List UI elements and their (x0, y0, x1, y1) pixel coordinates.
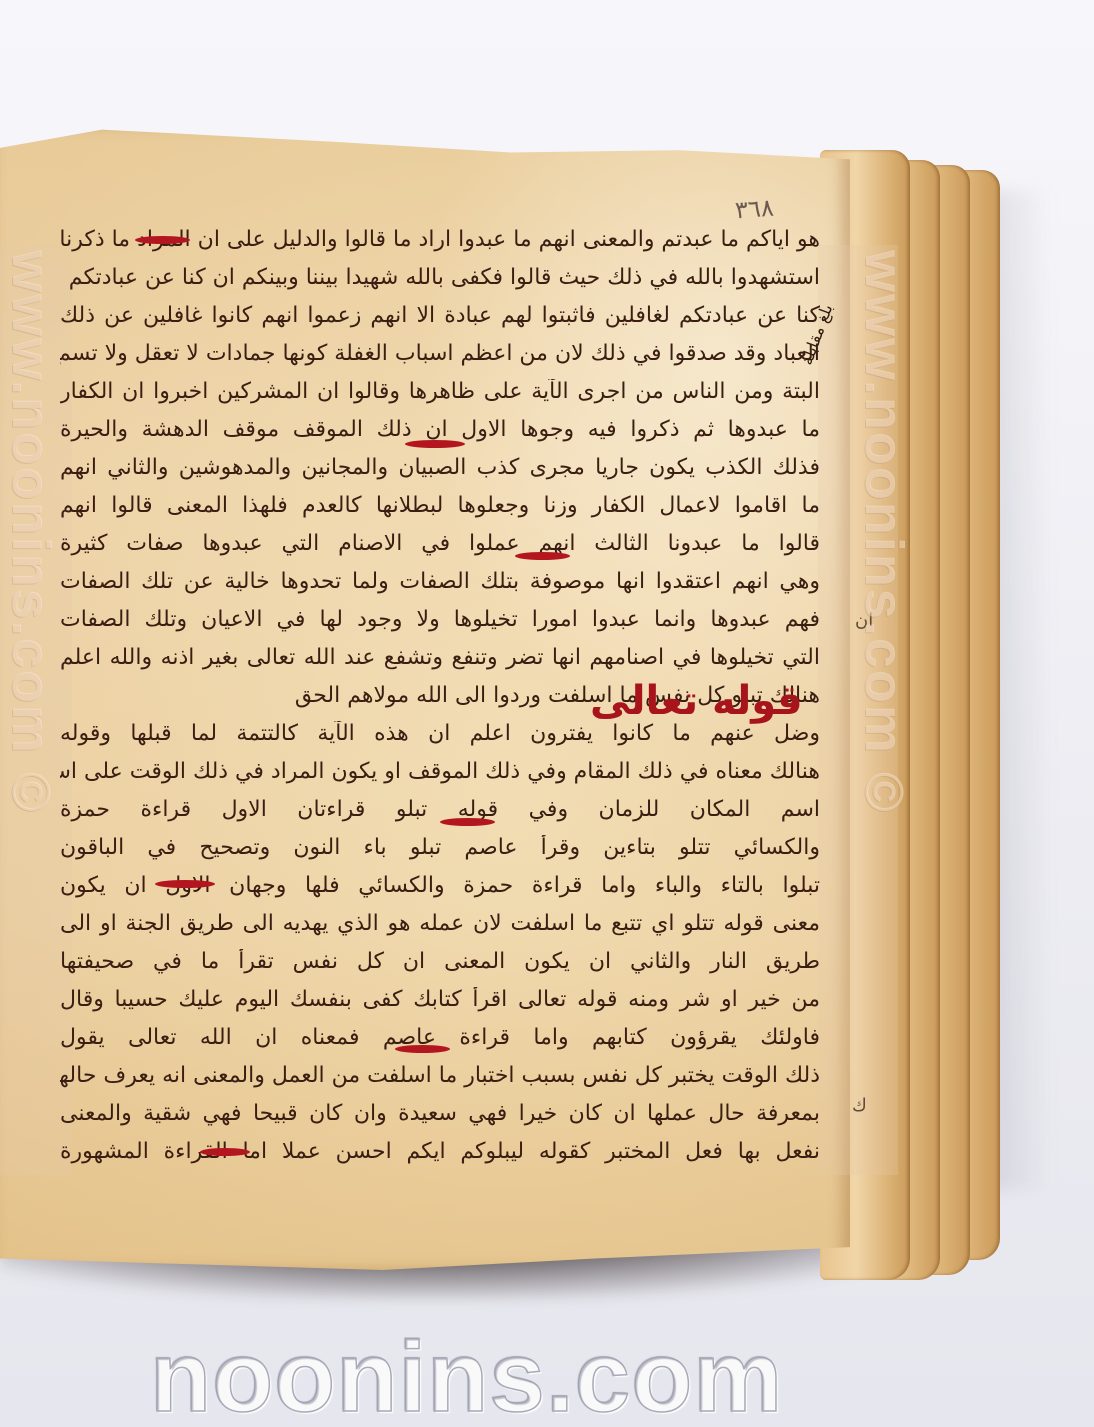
rubric-overline (135, 236, 190, 244)
text-line: البتة ومن الناس من اجرى الآية على ظاهرها… (60, 379, 820, 417)
text-line: فاولئك يقرؤون كتابهم واما قراءة عاصم فمع… (60, 1025, 820, 1063)
text-line: استشهدوا بالله في ذلك حيث قالوا فكفى بال… (60, 265, 820, 303)
text-line: وهي انهم اعتقدوا انها موصوفة بتلك الصفات… (60, 569, 820, 607)
text-line: وضل عنهم ما كانوا يفترون اعلم ان هذه الآ… (60, 721, 820, 759)
watermark-right: www.noonins.com © (853, 250, 915, 814)
text-line: من خير او شر ومنه قوله تعالى اقرأ كتابك … (60, 987, 820, 1025)
watermark-bottom: noonins.com (150, 1320, 783, 1427)
rubric-overline (405, 440, 465, 448)
text-line: ما اقاموا لاعمال الكفار وزنا وجعلوها لبط… (60, 493, 820, 531)
rubric-overline (200, 1148, 250, 1156)
text-line: بمعرفة حال عملها ان كان خيرا فهي سعيدة و… (60, 1101, 820, 1139)
text-line: العباد وقد صدقوا في ذلك لان من اعظم اسبا… (60, 341, 820, 379)
rubric-overline (515, 552, 570, 560)
text-line: هو اياكم ما عبدتم والمعنى انهم ما عبدوا … (60, 227, 820, 265)
rubric-overline (155, 880, 215, 888)
text-line: كنا عن عبادتكم لغافلين فاثبتوا لهم عبادة… (60, 303, 820, 341)
text-line: فهم عبدوها وانما عبدوا امورا تخيلوها ولا… (60, 607, 820, 645)
text-line: والكسائي تتلو بتاءين وقرأ عاصم تبلو باء … (60, 835, 820, 873)
text-line: قالوا ما عبدونا الثالث انهم عملوا في الا… (60, 531, 820, 569)
text-line: اسم المكان للزمان وفي قوله تبلو قراءتان … (60, 797, 820, 835)
text-line: ذلك الوقت يختبر كل نفس بسبب اختبار ما اس… (60, 1063, 820, 1101)
text-line: تبلوا بالتاء والباء واما قراءة حمزة والك… (60, 873, 820, 911)
watermark-left: www.noonins.com © (0, 250, 62, 814)
text-line: ما عبدوها ثم ذكروا فيه وجوها الاول ان ذل… (60, 417, 820, 455)
text-line: معنى قوله تتلو اي تتبع ما اسلفت لان عمله… (60, 911, 820, 949)
text-line: طريق النار والثاني ان يكون المعنى ان كل … (60, 949, 820, 987)
text-line: هنالك معناه في ذلك المقام وفي ذلك الموقف… (60, 759, 820, 797)
rubric-overline (395, 1045, 450, 1053)
rubric-overline (440, 818, 495, 826)
rubric-heading: قوله تعالى (590, 678, 803, 724)
text-line: فذلك الكذب يكون جاريا مجرى كذب الصبيان و… (60, 455, 820, 493)
text-line: نفعل بها فعل المختبر كقوله ليبلوكم ايكم … (60, 1139, 820, 1177)
